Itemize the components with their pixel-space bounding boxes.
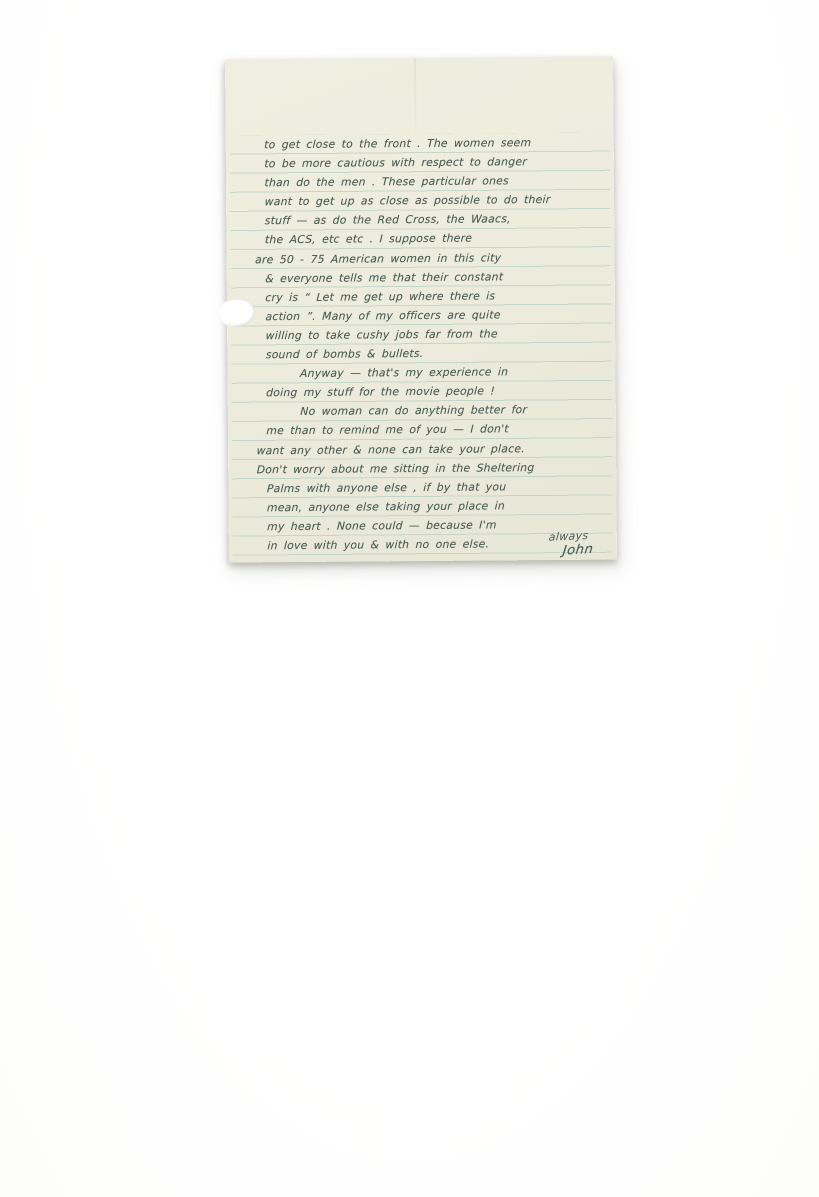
handwriting-line: action ”. Many of my officers are quite <box>265 304 602 326</box>
handwriting-line: & everyone tells me that their constant <box>265 266 602 288</box>
handwriting-line: me than to remind me of you — I don't <box>266 419 603 441</box>
paper-fold-mark <box>414 58 417 136</box>
handwriting-line: are 50 - 75 American women in this city <box>255 247 602 269</box>
handwriting-line: Palms with anyone else , if by that you <box>266 476 603 498</box>
letter-signature: John <box>562 542 594 559</box>
photo-background: to get close to the front . The women se… <box>0 0 819 1197</box>
handwriting-line: want any other & none can take your plac… <box>256 438 603 460</box>
handwriting-line: mean, anyone else taking your place in <box>267 495 604 517</box>
letter-paper: to get close to the front . The women se… <box>225 56 617 562</box>
handwriting-line: cry is “ Let me get up where there is <box>265 285 602 307</box>
handwriting-line: Don't worry about me sitting in the Shel… <box>256 457 603 479</box>
handwriting-text: to get close to the front . The women se… <box>264 133 603 556</box>
handwriting-line: the ACS, etc etc . I suppose there <box>265 228 602 250</box>
